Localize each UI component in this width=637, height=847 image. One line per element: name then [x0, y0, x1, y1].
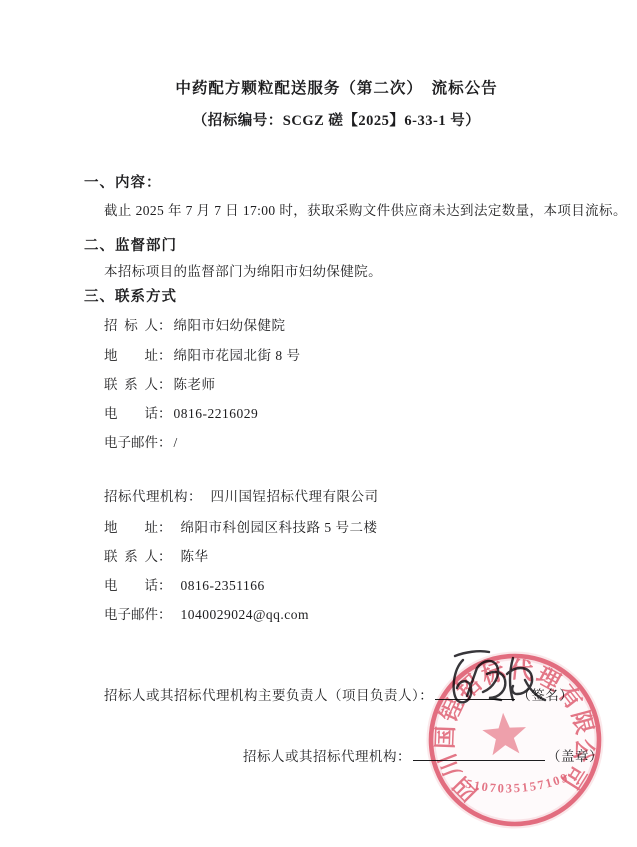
- agency-row: 地址：绵阳市科创园区科技路 5 号二楼: [104, 516, 378, 536]
- agency-row: 联系人：陈华: [104, 545, 209, 565]
- row-label: 地址: [104, 344, 158, 364]
- row-label: 招标代理机构: [104, 485, 188, 505]
- row-value: 陈老师: [172, 377, 216, 392]
- agency-row: 电子邮件：1040029024@qq.com: [104, 603, 309, 623]
- section-2-heading: 二、监督部门: [84, 234, 177, 255]
- section-2-body: 本招标项目的监督部门为绵阳市妇幼保健院。: [104, 260, 382, 280]
- row-label: 地址: [104, 516, 158, 536]
- row-colon: ：: [158, 431, 172, 451]
- row-label: 联系人: [104, 545, 158, 565]
- row-colon: ：: [158, 314, 172, 334]
- row-value: 0816-2351166: [172, 578, 265, 593]
- row-value: 绵阳市科创园区科技路 5 号二楼: [172, 520, 378, 535]
- row-label: 电话: [104, 574, 158, 594]
- tender-number: （招标编号：SCGZ 磋【2025】6-33-1 号）: [36, 109, 637, 130]
- row-value: 0816-2216029: [172, 406, 259, 421]
- tenderer-row: 招标人：绵阳市妇幼保健院: [104, 314, 286, 334]
- section-1-heading: 一、内容：: [84, 171, 162, 192]
- signoff-line-2-label: 招标人或其招标代理机构：: [243, 749, 411, 764]
- section-1-body: 截止 2025 年 7 月 7 日 17:00 时，获取采购文件供应商未达到法定…: [104, 199, 627, 219]
- row-label: 电子邮件: [104, 603, 158, 623]
- row-colon: ：: [158, 344, 172, 364]
- row-value: 四川国锃招标代理有限公司: [202, 489, 379, 504]
- row-colon: ：: [158, 402, 172, 422]
- row-value: /: [172, 435, 178, 450]
- tenderer-row: 地址：绵阳市花园北街 8 号: [104, 344, 301, 364]
- row-value: 绵阳市花园北街 8 号: [172, 348, 301, 363]
- handwritten-signature: [443, 644, 553, 714]
- row-label: 电话: [104, 402, 158, 422]
- tenderer-row: 电子邮件：/: [104, 431, 178, 451]
- tenderer-row: 电话：0816-2216029: [104, 402, 258, 422]
- row-value: 1040029024@qq.com: [172, 607, 310, 622]
- row-value: 陈华: [172, 549, 209, 564]
- agency-row: 电话：0816-2351166: [104, 574, 265, 594]
- document-title: 中药配方颗粒配送服务（第二次） 流标公告: [36, 76, 637, 98]
- tenderer-row: 联系人：陈老师: [104, 373, 216, 393]
- row-value: 绵阳市妇幼保健院: [172, 318, 286, 333]
- row-colon: ：: [158, 373, 172, 393]
- row-label: 电子邮件: [104, 431, 158, 451]
- row-colon: ：: [158, 603, 172, 623]
- agency-intro-row: 招标代理机构：四川国锃招标代理有限公司: [104, 485, 379, 505]
- row-colon: ：: [158, 574, 172, 594]
- row-colon: ：: [188, 485, 202, 505]
- row-label: 招标人: [104, 314, 158, 334]
- signoff-line-1-label: 招标人或其招标代理机构主要负责人（项目负责人）：: [104, 688, 433, 703]
- row-colon: ：: [158, 516, 172, 536]
- row-colon: ：: [158, 545, 172, 565]
- section-3-heading: 三、联系方式: [84, 285, 177, 306]
- document-page: 中药配方颗粒配送服务（第二次） 流标公告 （招标编号：SCGZ 磋【2025】6…: [0, 0, 637, 847]
- row-label: 联系人: [104, 373, 158, 393]
